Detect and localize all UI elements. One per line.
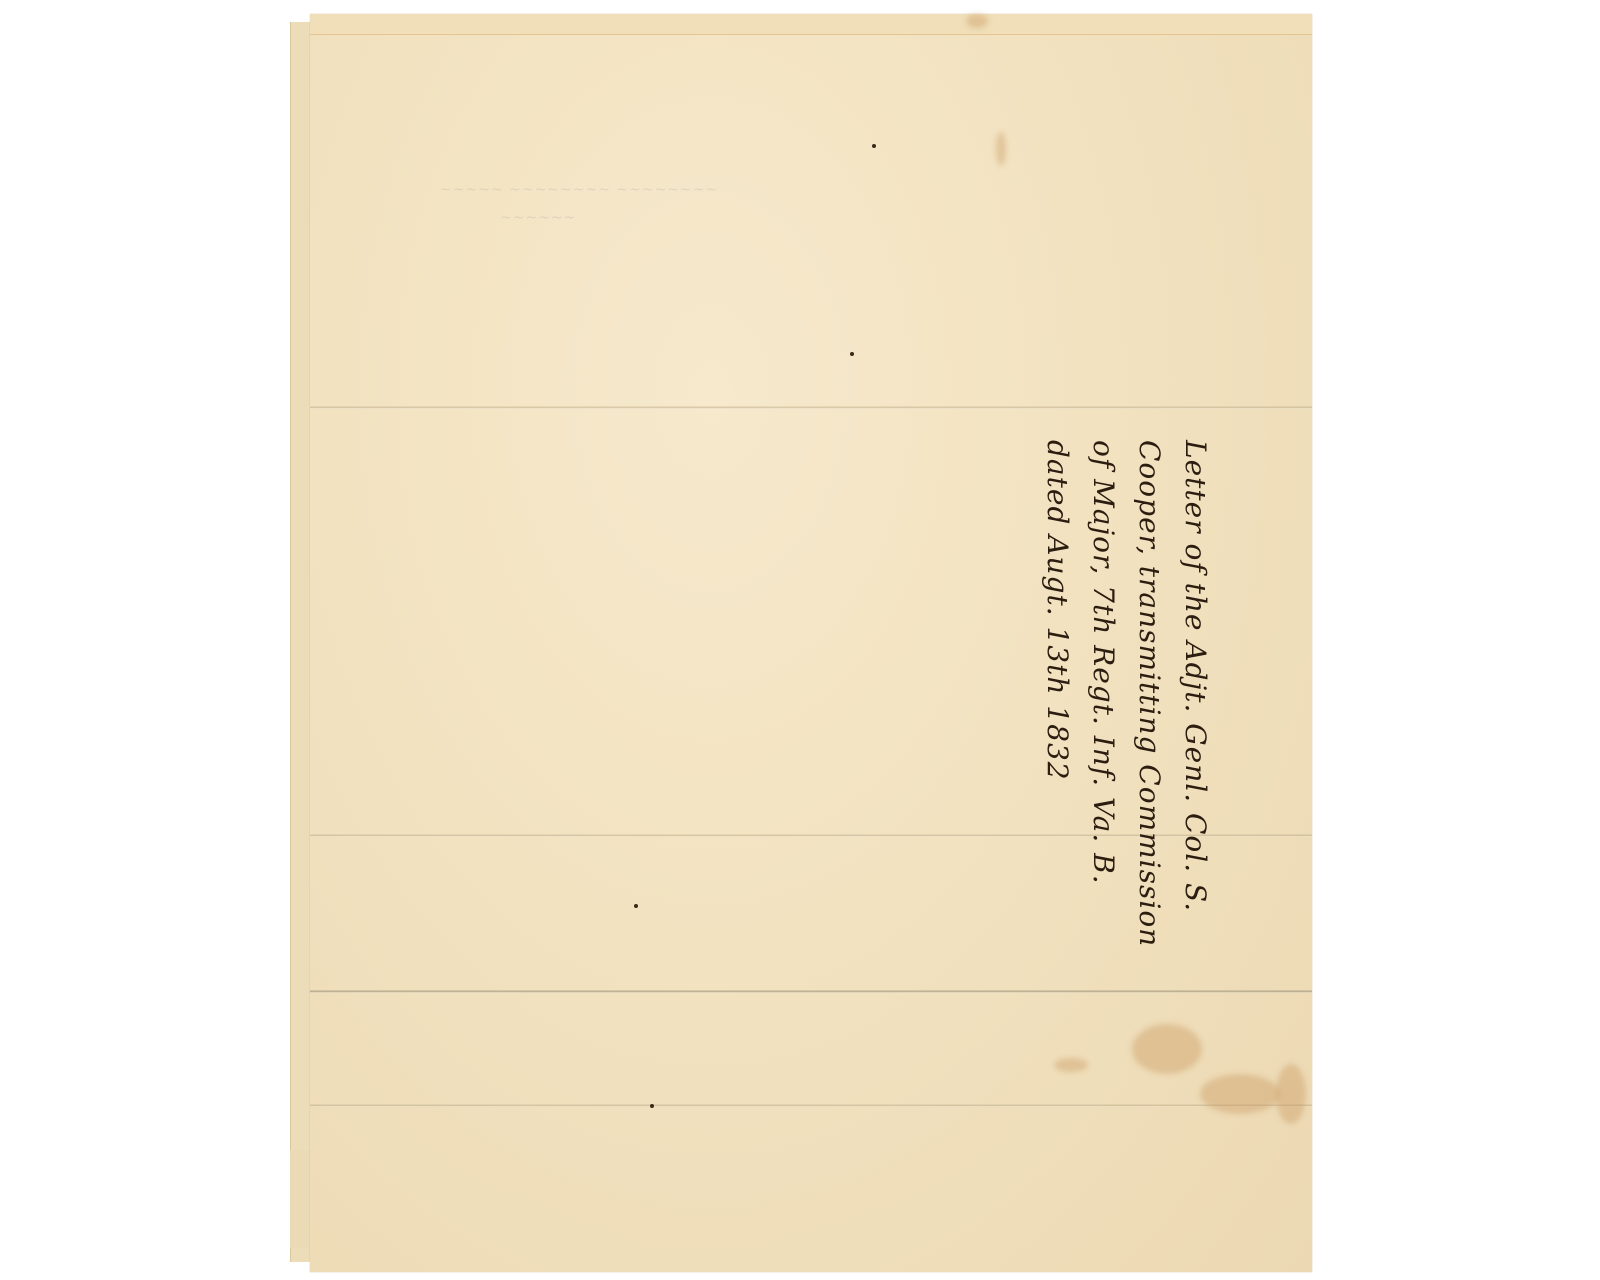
stain <box>1132 1024 1202 1074</box>
docket-line-2: Cooper, transmitting Commission <box>1126 440 1172 1000</box>
docket-line-1: Letter of the Adjt. Genl. Col. S. <box>1172 440 1218 1000</box>
ink-speck <box>634 904 638 908</box>
docket-line-4: dated Augt. 13th 1832 <box>1034 440 1080 1000</box>
stain <box>1200 1074 1280 1114</box>
ink-speck <box>872 144 876 148</box>
stain <box>966 14 988 28</box>
fold-line <box>310 1104 1312 1107</box>
stain <box>996 132 1006 166</box>
show-through-text: ~~~~~~ <box>500 210 576 226</box>
top-edge-strip <box>310 14 1312 35</box>
ink-speck <box>850 352 854 356</box>
docket-note: Letter of the Adjt. Genl. Col. S. Cooper… <box>1034 440 1218 1000</box>
ink-speck <box>650 1104 654 1108</box>
show-through-text: ~~~~~ ~~~~~~~~ ~~~~~~~~ <box>440 182 718 198</box>
stain <box>1054 1058 1088 1072</box>
docket-line-3: of Major, 7th Regt. Inf. Va. B. <box>1080 440 1126 1000</box>
fold-line <box>310 406 1312 409</box>
stain <box>1276 1064 1306 1124</box>
